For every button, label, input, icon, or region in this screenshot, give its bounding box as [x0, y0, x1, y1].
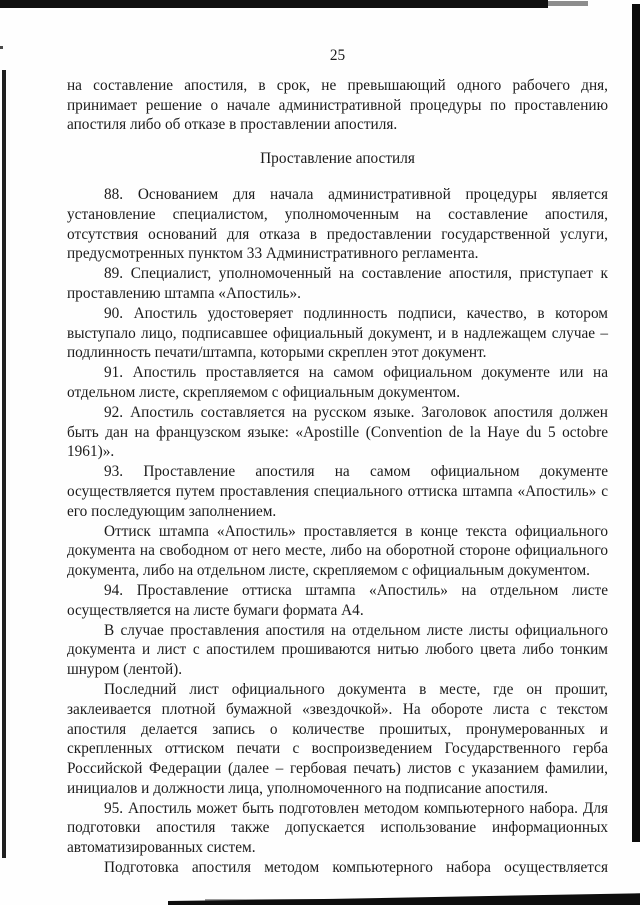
scan-artifact-right-bar	[632, 4, 640, 842]
paragraph-91: 91. Апостиль проставляется на самом офиц…	[67, 363, 608, 403]
paragraph-90: 90. Апостиль удостоверяет подлинность по…	[67, 304, 608, 363]
paragraph-continuation: на составление апостиля, в срок, не прев…	[67, 76, 608, 135]
paragraph-stamp-imprint: Оттиск штампа «Апостиль» проставляется в…	[67, 522, 608, 581]
paragraph-93: 93. Проставление апостиля на самом офици…	[67, 462, 608, 521]
paragraph-separate-sheet: В случае проставления апостиля на отдель…	[67, 621, 608, 680]
page-text-area: 25 на составление апостиля, в срок, не п…	[67, 46, 608, 878]
scanned-document-page: 25 на составление апостиля, в срок, не п…	[0, 0, 640, 905]
page-number: 25	[67, 46, 608, 66]
paragraph-last-sheet: Последний лист официального документа в …	[67, 680, 608, 799]
paragraph-88: 88. Основанием для начала административн…	[67, 185, 608, 264]
paragraph-preparation-cutoff: Подготовка апостиля методом компьютерног…	[67, 858, 608, 878]
paragraph-94: 94. Проставление оттиска штампа «Апостил…	[67, 581, 608, 621]
paragraph-89: 89. Специалист, уполномоченный на состав…	[67, 264, 608, 304]
paragraph-95: 95. Апостиль может быть подготовлен мето…	[67, 799, 608, 858]
scan-artifact-speck	[0, 46, 3, 49]
scan-artifact-top-bar-tail	[548, 1, 588, 6]
section-heading: Проставление апостиля	[67, 149, 608, 169]
paragraph-92: 92. Апостиль составляется на русском язы…	[67, 403, 608, 462]
scan-artifact-left-line	[2, 70, 6, 858]
scan-artifact-top-bar	[0, 0, 548, 8]
